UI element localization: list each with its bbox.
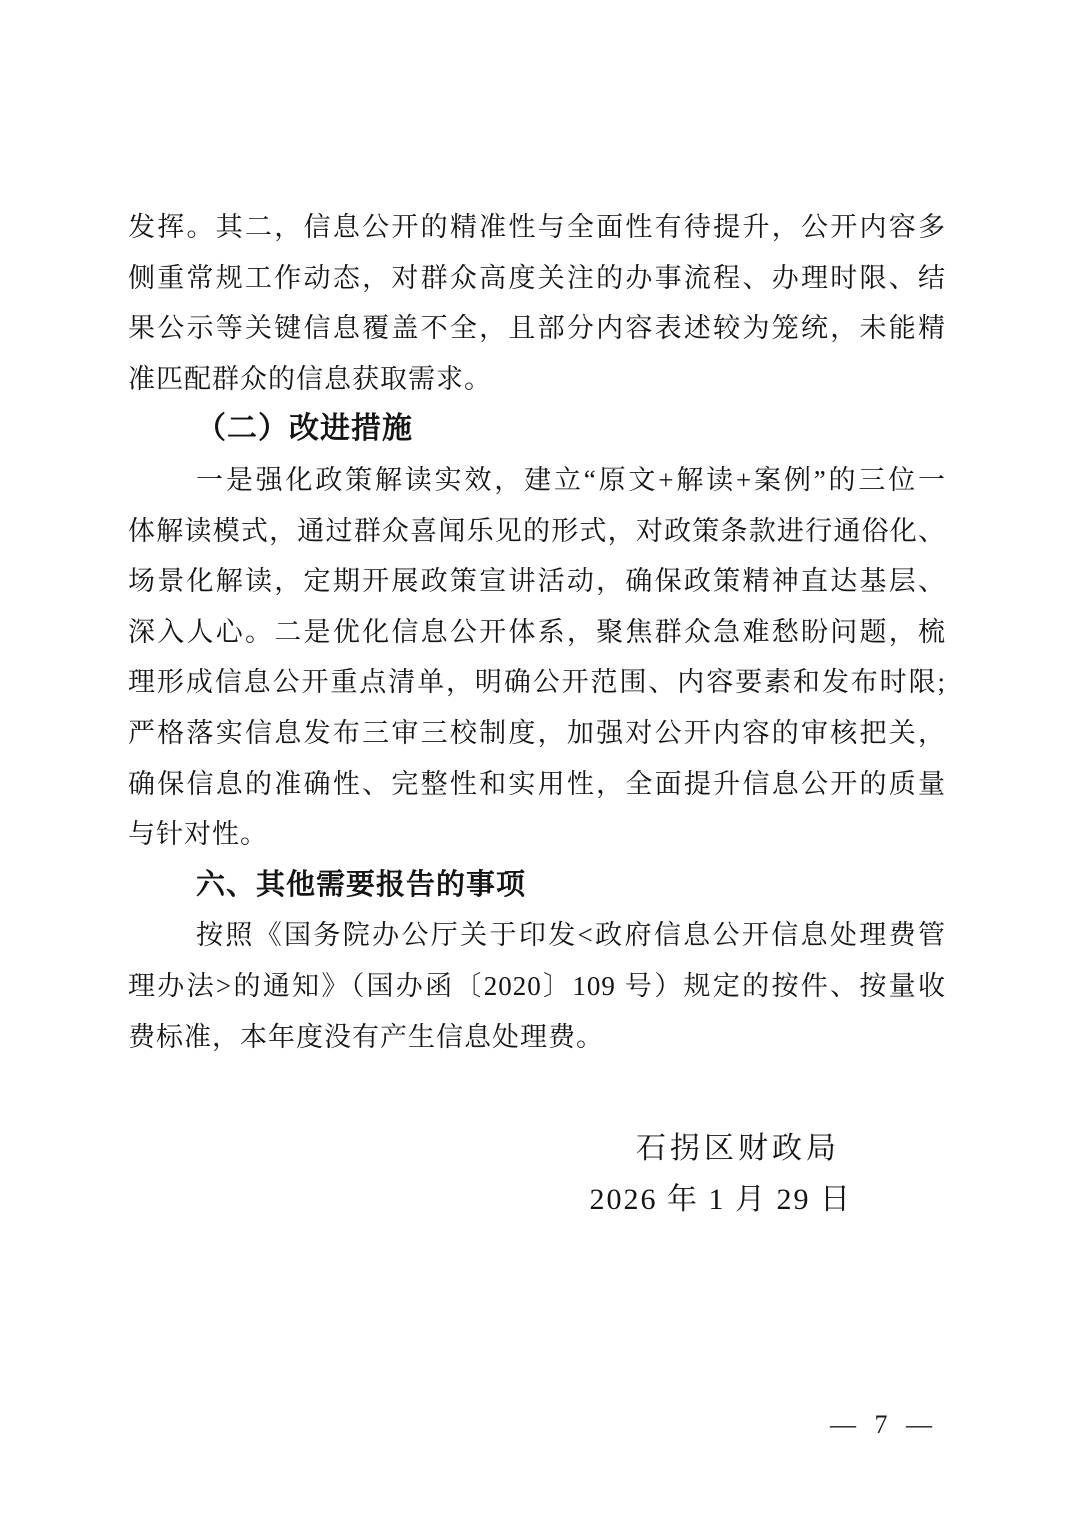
document-line: 深入人心。二是优化信息公开体系，聚焦群众急难愁盼问题，梳	[128, 607, 946, 658]
document-line: 体解读模式，通过群众喜闻乐见的形式，对政策条款进行通俗化、	[128, 506, 946, 557]
document-line: 按照《国务院办公厅关于印发<政府信息公开信息处理费管	[128, 910, 946, 961]
document-line: 严格落实信息发布三审三校制度，加强对公开内容的审核把关，	[128, 708, 946, 759]
document-body: 发挥。其二，信息公开的精准性与全面性有待提升，公开内容多侧重常规工作动态，对群众…	[128, 202, 946, 1062]
document-line: 发挥。其二，信息公开的精准性与全面性有待提升，公开内容多	[128, 202, 946, 253]
signature-org: 石拐区财政局	[128, 1124, 946, 1175]
signature-date: 2026 年 1 月 29 日	[128, 1175, 946, 1226]
document-page: 发挥。其二，信息公开的精准性与全面性有待提升，公开内容多侧重常规工作动态，对群众…	[0, 0, 1074, 1520]
document-line: 准匹配群众的信息获取需求。	[128, 354, 946, 405]
document-line: 与针对性。	[128, 809, 946, 860]
document-line: 理形成信息公开重点清单，明确公开范围、内容要素和发布时限;	[128, 657, 946, 708]
section-heading: （二）改进措施	[128, 404, 946, 455]
signature-block: 石拐区财政局 2026 年 1 月 29 日	[128, 1124, 946, 1225]
document-line: 侧重常规工作动态，对群众高度关注的办事流程、办理时限、结	[128, 253, 946, 304]
document-line: 确保信息的准确性、完整性和实用性，全面提升信息公开的质量	[128, 759, 946, 810]
document-line: 理办法>的通知》（国办函〔2020〕109 号）规定的按件、按量收	[128, 961, 946, 1012]
document-line: 一是强化政策解读实效，建立“原文+解读+案例”的三位一	[128, 455, 946, 506]
document-line: 果公示等关键信息覆盖不全，且部分内容表述较为笼统，未能精	[128, 303, 946, 354]
document-line: 费标准，本年度没有产生信息处理费。	[128, 1012, 946, 1063]
document-line: 场景化解读，定期开展政策宣讲活动，确保政策精神直达基层、	[128, 556, 946, 607]
page-number: — 7 —	[128, 1405, 946, 1445]
section-heading: 六、其他需要报告的事项	[128, 860, 946, 911]
